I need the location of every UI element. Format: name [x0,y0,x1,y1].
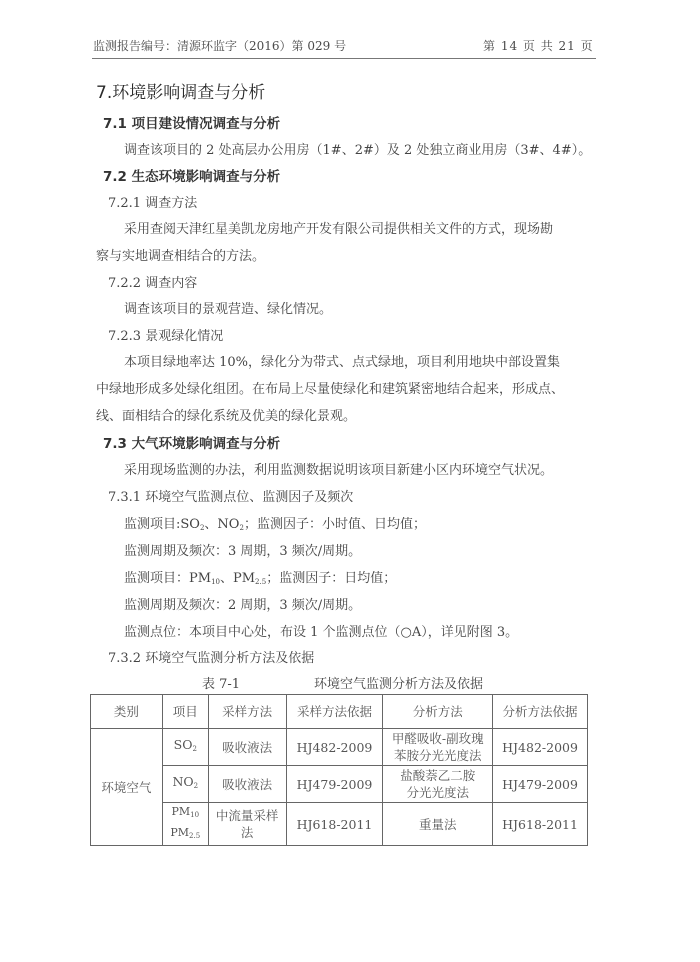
analysis-basis-cell: HJ482-2009 [493,729,588,766]
header-item: 项目 [162,695,208,729]
page-info: 第 14 页 共 21 页 [483,37,594,54]
header-sampling-basis: 采样方法依据 [286,695,383,729]
section-7-1-title: 7.1 项目建设情况调查与分析 [103,112,280,132]
table-row: PM10PM2.5 中流量采样法 HJ618-2011 重量法 HJ618-20… [91,803,588,846]
section-7-3-body: 采用现场监测的办法，利用监测数据说明该项目新建小区内环境空气状况。 [124,459,553,478]
header-analysis-basis: 分析方法依据 [493,695,588,729]
table-number: 表 7-1 [202,673,240,692]
monitoring-items-1: 监测项目:SO2、NO2；监测因子：小时值、日均值； [124,513,426,532]
report-number: 监测报告编号：清源环监字（2016）第 029 号 [93,37,346,54]
analysis-cell: 盐酸萘乙二胺分光光度法 [383,766,493,803]
section-7-3-title: 7.3 大气环境影响调查与分析 [103,432,280,452]
table-header-row: 类别 项目 采样方法 采样方法依据 分析方法 分析方法依据 [91,695,588,729]
section-7-2-3-line2: 中绿地形成多处绿化组团。在布局上尽量使绿化和建筑紧密地结合起来，形成点、 [96,378,564,397]
header-sampling-method: 采样方法 [208,695,286,729]
sampling-cell: 吸收液法 [208,729,286,766]
item-cell: NO2 [162,766,208,803]
section-7-2-1-line2: 察与实地调查相结合的方法。 [96,245,265,264]
monitoring-cycle-2: 监测周期及频次：2 周期，3 频次/周期。 [124,594,361,613]
analysis-cell: 重量法 [383,803,493,846]
item-cell: PM10PM2.5 [162,803,208,846]
sampling-basis-cell: HJ482-2009 [286,729,383,766]
analysis-basis-cell: HJ479-2009 [493,766,588,803]
section-7-2-1-title: 7.2.1 调查方法 [108,192,197,211]
sampling-basis-cell: HJ479-2009 [286,766,383,803]
analysis-cell: 甲醛吸收-副玫瑰苯胺分光光度法 [383,729,493,766]
section-7-1-body: 调查该项目的 2 处高层办公用房（1#、2#）及 2 处独立商业用房（3#、4#… [124,139,591,158]
monitoring-items-2: 监测项目：PM10、PM2.5；监测因子：日均值； [124,567,396,586]
section-7-2-2-title: 7.2.2 调查内容 [108,272,197,291]
monitoring-methods-table: 类别 项目 采样方法 采样方法依据 分析方法 分析方法依据 环境空气 SO2 吸… [90,694,588,846]
sampling-cell: 吸收液法 [208,766,286,803]
section-7-2-title: 7.2 生态环境影响调查与分析 [103,165,280,185]
table-caption: 环境空气监测分析方法及依据 [314,673,483,692]
section-7-3-2-title: 7.3.2 环境空气监测分析方法及依据 [108,647,314,666]
section-7-3-1-title: 7.3.1 环境空气监测点位、监测因子及频次 [108,486,353,505]
header-category: 类别 [91,695,163,729]
item-cell: SO2 [162,729,208,766]
header-divider [92,58,596,59]
section-7-2-3-line1: 本项目绿地率达 10%，绿化分为带式、点式绿地，项目利用地块中部设置集 [124,351,560,370]
monitoring-cycle-1: 监测周期及频次：3 周期，3 频次/周期。 [124,540,361,559]
monitoring-point: 监测点位：本项目中心处，布设 1 个监测点位（○A），详见附图 3。 [124,621,518,640]
sampling-cell: 中流量采样法 [208,803,286,846]
sampling-basis-cell: HJ618-2011 [286,803,383,846]
analysis-basis-cell: HJ618-2011 [493,803,588,846]
section-7-2-1-line1: 采用查阅天津红星美凯龙房地产开发有限公司提供相关文件的方式，现场勘 [124,218,553,237]
section-7-2-3-line3: 线、面相结合的绿化系统及优美的绿化景观。 [96,405,356,424]
table-row: 环境空气 SO2 吸收液法 HJ482-2009 甲醛吸收-副玫瑰苯胺分光光度法… [91,729,588,766]
table-row: NO2 吸收液法 HJ479-2009 盐酸萘乙二胺分光光度法 HJ479-20… [91,766,588,803]
category-cell: 环境空气 [91,729,163,846]
section-7-2-3-title: 7.2.3 景观绿化情况 [108,325,223,344]
section-7-2-2-body: 调查该项目的景观营造、绿化情况。 [124,298,332,317]
section-7-title: 7.环境影响调查与分析 [96,78,265,103]
header-analysis-method: 分析方法 [383,695,493,729]
